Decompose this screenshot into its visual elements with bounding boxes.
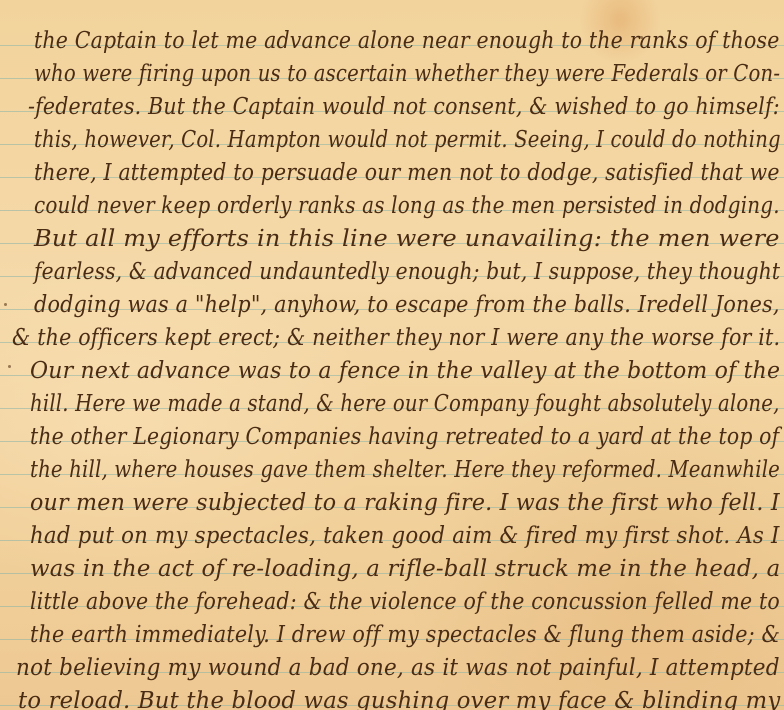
text-line: not believing my wound a bad one, as it …: [16, 652, 780, 685]
text-line: the earth immediately. I drew off my spe…: [30, 619, 780, 652]
ink-speck: [8, 365, 11, 368]
manuscript-page: the Captain to let me advance alone near…: [0, 0, 784, 710]
text-line: was in the act of re-loading, a rifle-ba…: [30, 553, 780, 586]
text-line: could never keep orderly ranks as long a…: [34, 190, 780, 223]
text-line: there, I attempted to persuade our men n…: [34, 157, 780, 190]
ink-speck: [4, 303, 7, 306]
text-line: Our next advance was to a fence in the v…: [30, 355, 780, 388]
text-line: who were firing upon us to ascertain whe…: [34, 58, 780, 91]
text-line: little above the forehead: & the violenc…: [30, 586, 780, 619]
text-line: -federates. But the Captain would not co…: [28, 91, 780, 124]
text-line: fearless, & advanced undauntedly enough;…: [34, 256, 780, 289]
text-line: the Captain to let me advance alone near…: [34, 25, 779, 58]
text-line: hill. Here we made a stand, & here our C…: [30, 388, 780, 421]
text-line: & the officers kept erect; & neither the…: [12, 322, 780, 355]
text-line: to reload. But the blood was gushing ove…: [18, 685, 780, 710]
text-line: had put on my spectacles, taken good aim…: [30, 520, 780, 553]
text-line: dodging was a "help", anyhow, to escape …: [34, 289, 780, 322]
text-line: our men were subjected to a raking fire.…: [30, 487, 780, 520]
text-line: the other Legionary Companies having ret…: [30, 421, 779, 454]
text-line: the hill, where houses gave them shelter…: [30, 454, 780, 487]
text-line: this, however, Col. Hampton would not pe…: [34, 124, 781, 157]
text-line: But all my efforts in this line were una…: [34, 223, 780, 256]
